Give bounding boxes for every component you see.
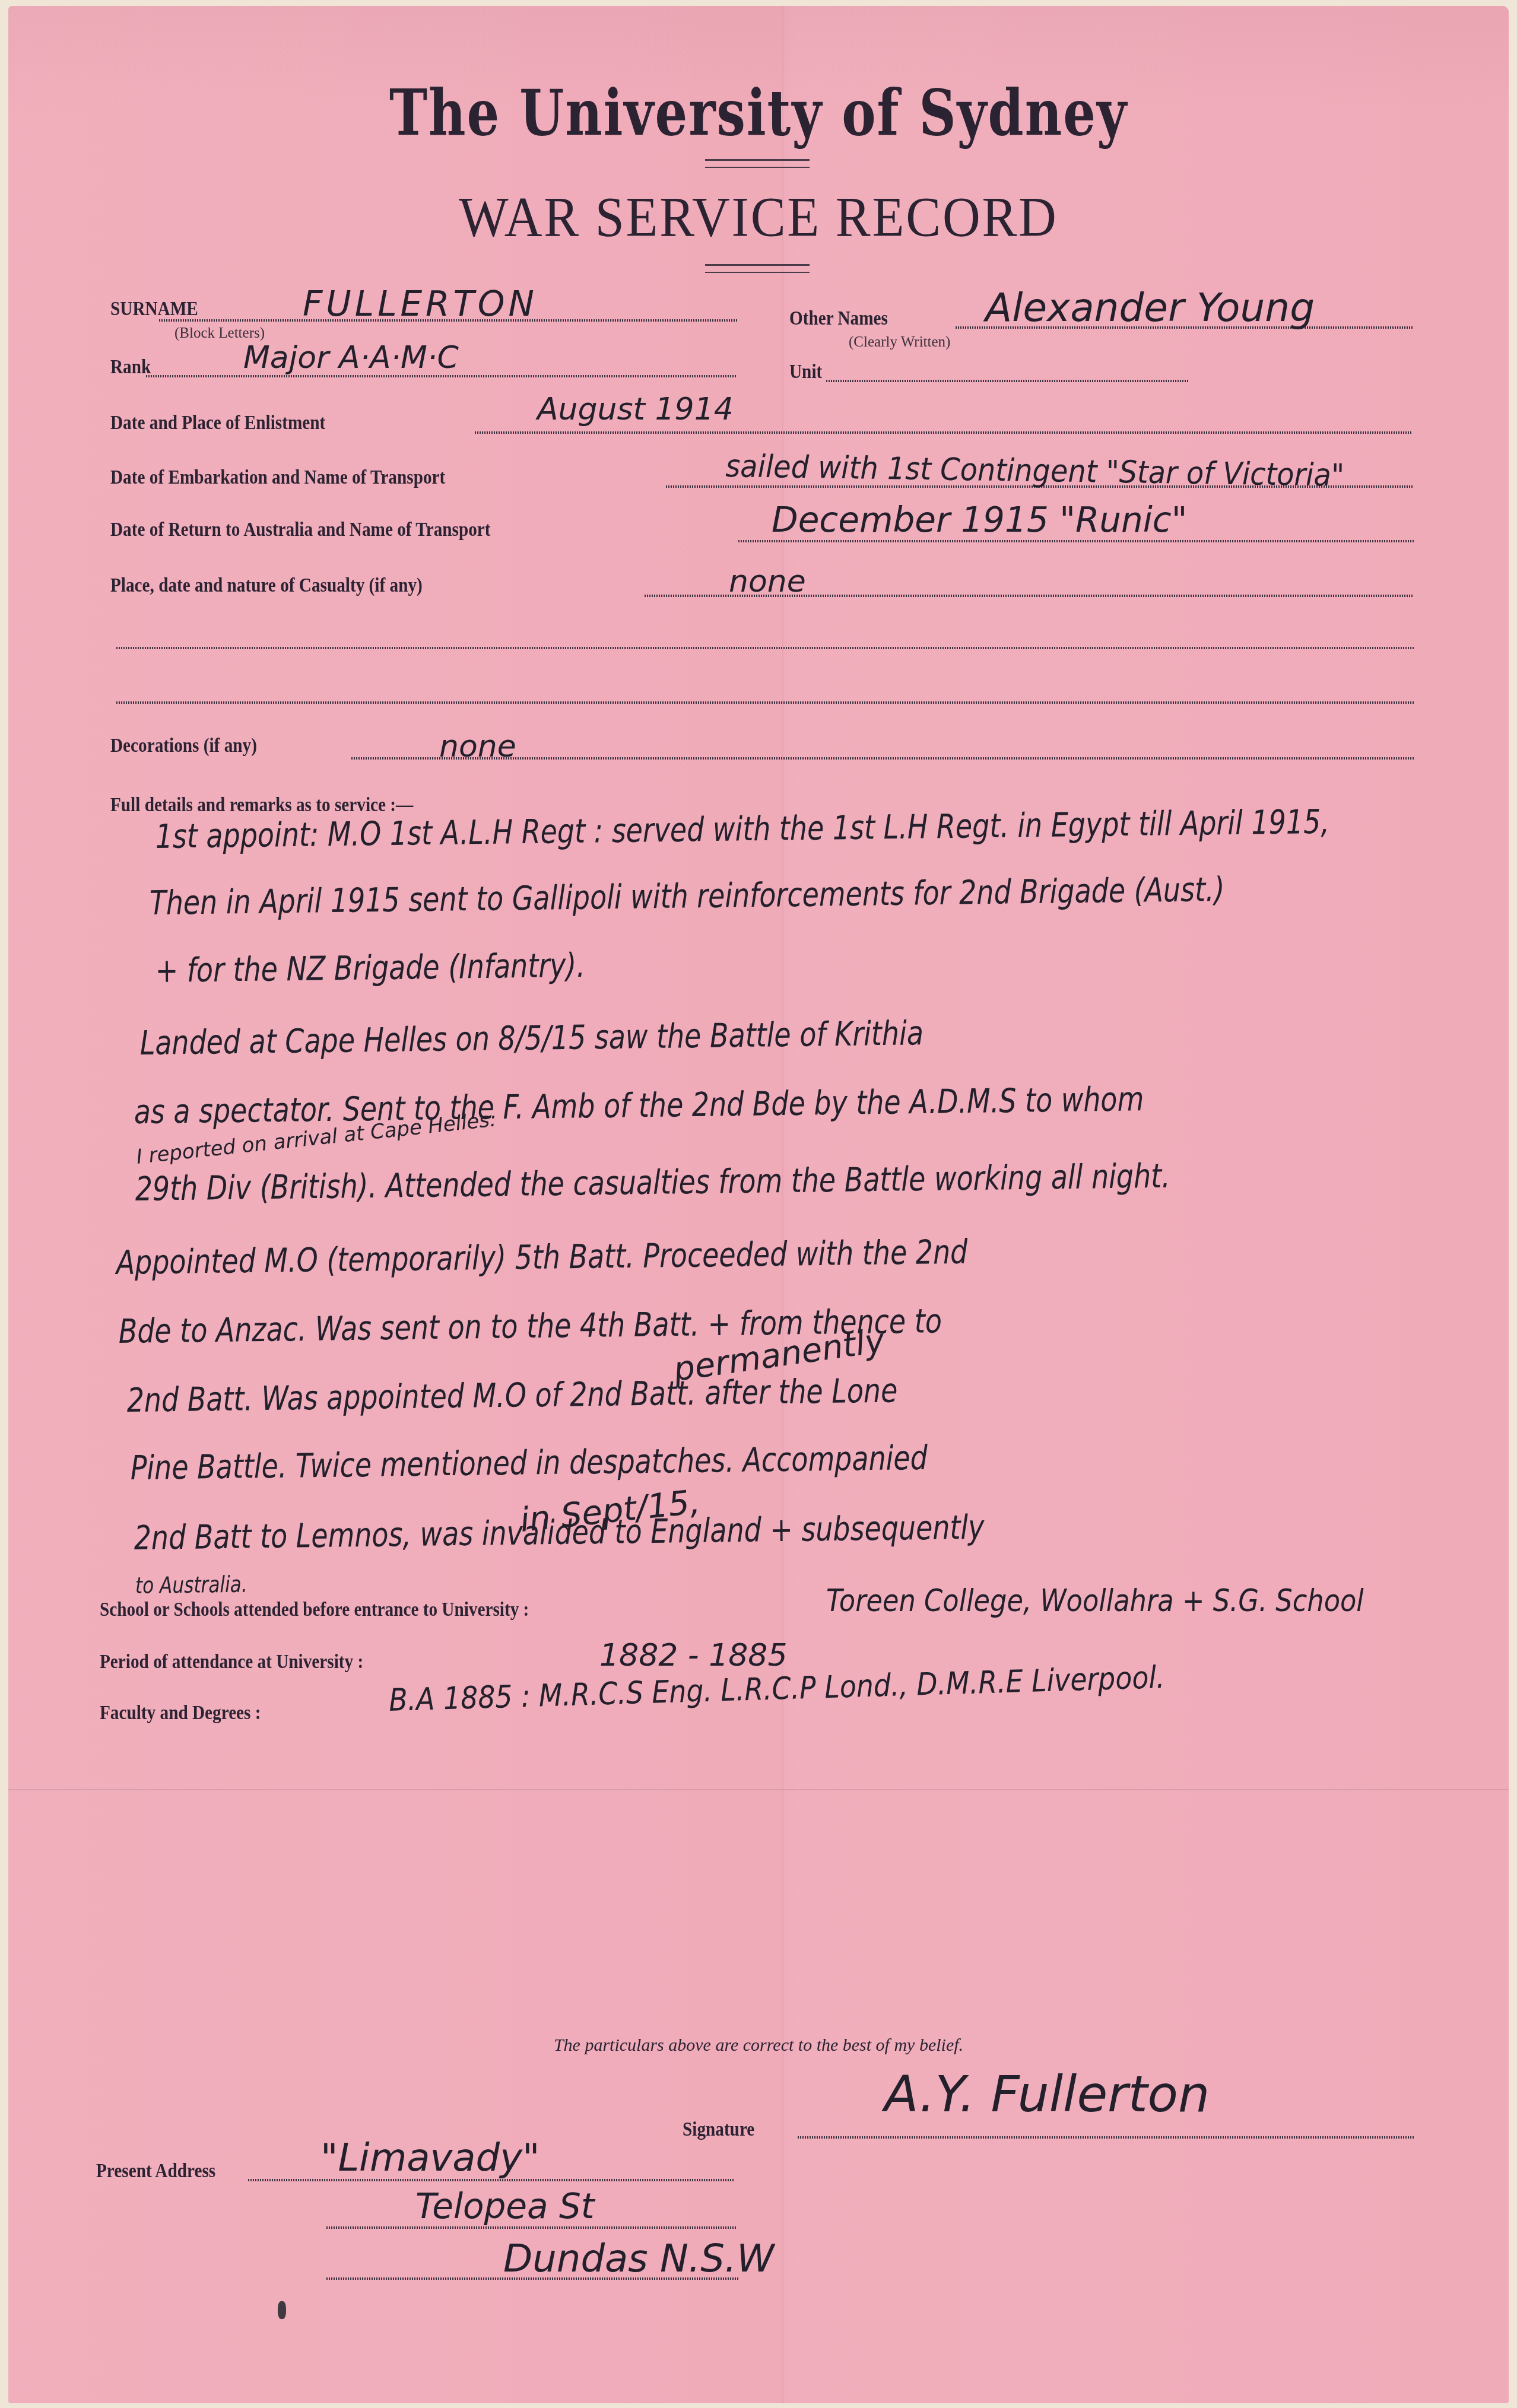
signature-value: A.Y. Fullerton [884,2065,1210,2123]
casualty-line-2 [116,647,1414,649]
ink-blot [278,2301,286,2319]
schools-value: Toreen College, Woollahra + S.G. School [826,1583,1364,1619]
surname-value: FULLERTON [303,284,538,324]
period-value: 1882 - 1885 [599,1638,788,1673]
schools-label: School or Schools attended before entran… [100,1599,529,1621]
institution-title: The University of Sydney [0,75,1517,150]
other-names-label: Other Names [789,307,888,330]
address-label: Present Address [96,2160,215,2183]
remarks-label: Full details and remarks as to service :… [110,794,413,817]
surname-sublabel: (Block Letters) [174,325,265,342]
embarkation-label: Date of Embarkation and Name of Transpor… [110,466,445,489]
form-title: WAR SERVICE RECORD [61,184,1456,250]
rank-label: Rank [110,356,151,379]
address-line-2-value: Telopea St [415,2186,595,2226]
decorations-label: Decorations (if any) [110,735,257,757]
degrees-label: Faculty and Degrees : [100,1702,261,1724]
address-line-1-value: "Limavady" [320,2136,539,2180]
decorations-value: none [439,729,516,764]
unit-line [826,380,1188,382]
other-names-value: Alexander Young [985,285,1315,331]
period-label: Period of attendance at University : [100,1651,363,1673]
address-line-3-value: Dundas N.S.W [503,2237,774,2281]
unit-label: Unit [789,361,822,383]
surname-label: SURNAME [110,298,198,320]
enlistment-value: August 1914 [537,392,734,427]
return-line [738,540,1414,542]
signature-line [798,2136,1415,2139]
return-value: December 1915 "Runic" [772,500,1187,540]
casualty-label: Place, date and nature of Casualty (if a… [110,574,423,597]
enlistment-label: Date and Place of Enlistment [110,412,325,434]
remarks-line: to Australia. [135,1571,247,1599]
signature-label: Signature [683,2118,754,2141]
rank-value: Major A·A·M·C [243,340,459,376]
header-rule [705,159,810,168]
casualty-line-3 [116,701,1414,704]
declaration-text: The particulars above are correct to the… [0,2035,1517,2056]
header-rule [705,264,810,273]
address-line-2 [326,2226,736,2229]
paper-fold [8,1789,1509,1790]
casualty-value: none [729,564,806,599]
remarks-line: + for the NZ Brigade (Infantry). [155,946,585,990]
enlistment-line [475,431,1413,434]
other-names-sublabel: (Clearly Written) [849,334,950,351]
return-label: Date of Return to Australia and Name of … [110,519,491,541]
